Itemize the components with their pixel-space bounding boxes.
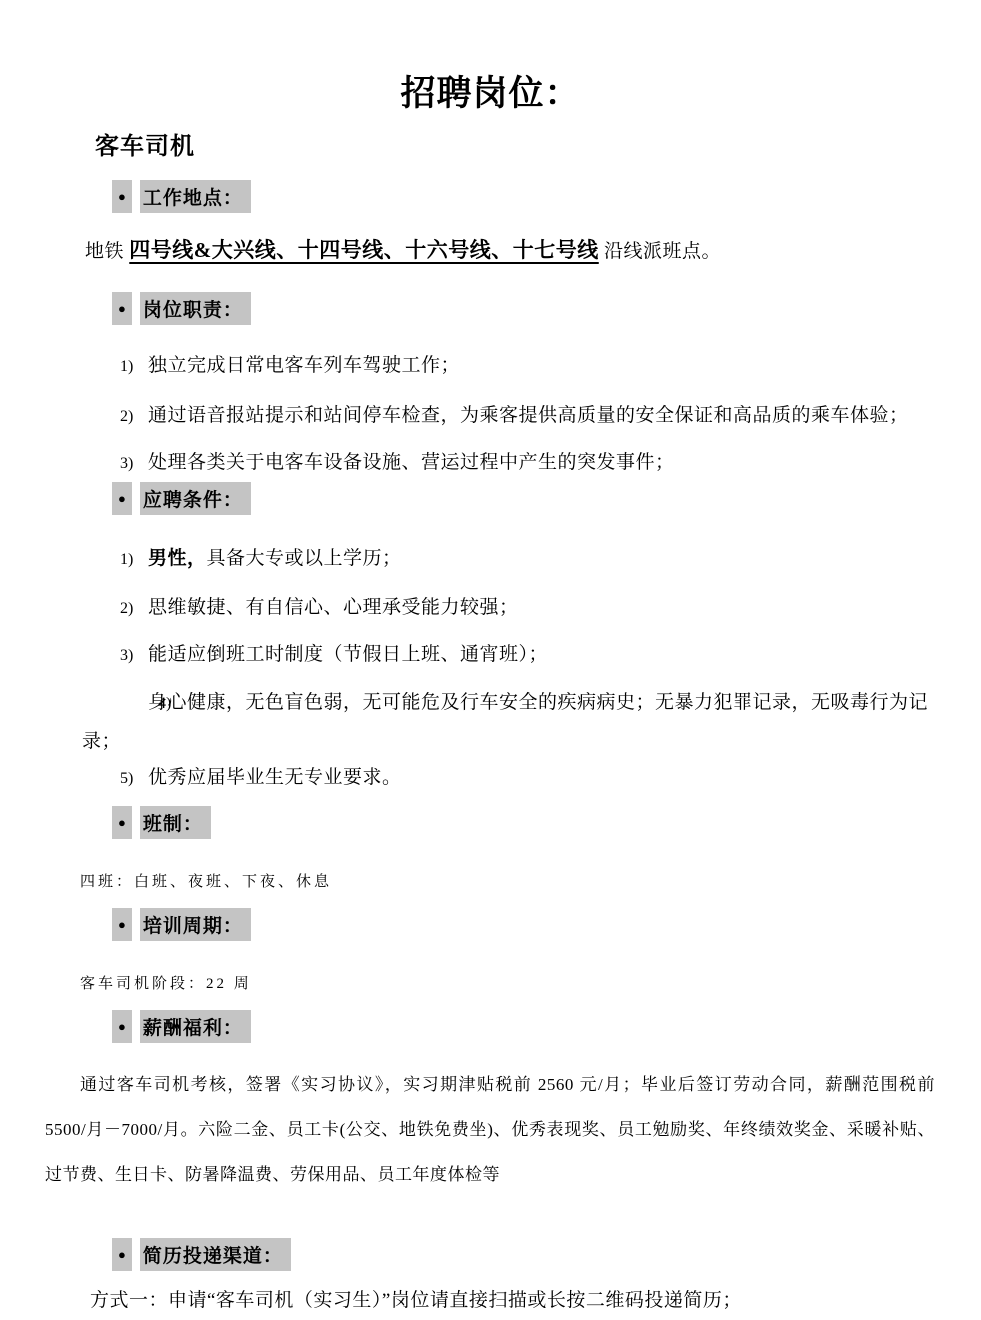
duty-item-3: 3)处理各类关于电客车设备设施、营运过程中产生的突发事件； <box>120 449 942 478</box>
work-location-line: 地铁 四号线&大兴线、十四号线、十六号线、十七号线 沿线派班点。 <box>85 234 721 264</box>
item-text: 优秀应届毕业生无专业要求。 <box>148 767 402 788</box>
item-text: 具备大专或以上学历； <box>207 548 402 569</box>
bullet-icon: ● <box>112 180 132 213</box>
section-label-apply: 简历投递渠道： <box>140 1238 291 1271</box>
document-page: 招聘岗位： 客车司机 ● 工作地点： 地铁 四号线&大兴线、十四号线、十六号线、… <box>0 0 981 1320</box>
bullet-icon: ● <box>112 482 132 515</box>
bullet-icon: ● <box>112 292 132 325</box>
section-header-requirements: ● 应聘条件： <box>112 482 251 515</box>
section-header-duties: ● 岗位职责： <box>112 292 251 325</box>
location-prefix: 地铁 <box>85 241 129 262</box>
shift-line: 四班：白班、夜班、下夜、休息 <box>80 870 332 891</box>
item-number: 4) <box>120 685 148 723</box>
location-suffix: 沿线派班点。 <box>599 241 721 262</box>
bullet-icon: ● <box>112 806 132 839</box>
item-text: 处理各类关于电客车设备设施、营运过程中产生的突发事件； <box>148 452 675 473</box>
item-text: 思维敏捷、有自信心、心理承受能力较强； <box>148 597 519 618</box>
duty-item-2: 2)通过语音报站提示和站间停车检查，为乘客提供高质量的安全保证和高品质的乘车体验… <box>120 402 942 431</box>
requirement-item-4: 4)身心健康，无色盲色弱，无可能危及行车安全的疾病病史；无暴力犯罪记录，无吸毒行… <box>82 684 937 761</box>
bullet-icon: ● <box>112 1010 132 1043</box>
requirement-item-2: 2)思维敏捷、有自信心、心理承受能力较强； <box>120 594 942 623</box>
bullet-icon: ● <box>112 1238 132 1271</box>
section-label-requirements: 应聘条件： <box>140 482 251 515</box>
apply-method-line: 方式一：申请“客车司机（实习生）”岗位请直接扫描或长按二维码投递简历； <box>90 1285 742 1312</box>
section-label-training: 培训周期： <box>140 908 251 941</box>
item-number: 1) <box>120 353 148 381</box>
section-header-salary: ● 薪酬福利： <box>112 1010 251 1043</box>
requirement-item-1: 1)男性，具备大专或以上学历； <box>120 545 942 574</box>
bullet-icon: ● <box>112 908 132 941</box>
section-header-shift: ● 班制： <box>112 806 211 839</box>
section-label-work-location: 工作地点： <box>140 180 251 213</box>
metro-lines-underline: 四号线&大兴线、十四号线、十六号线、十七号线 <box>129 238 599 262</box>
item-text: 通过语音报站提示和站间停车检查，为乘客提供高质量的安全保证和高品质的乘车体验； <box>148 405 909 426</box>
section-header-apply: ● 简历投递渠道： <box>112 1238 291 1271</box>
item-text: 独立完成日常电客车列车驾驶工作； <box>148 355 460 376</box>
item-text: 能适应倒班工时制度（节假日上班、通宵班）； <box>148 644 548 665</box>
item-number: 2) <box>120 403 148 431</box>
item-text-bold: 男性， <box>148 548 207 569</box>
item-text: 身心健康，无色盲色弱，无可能危及行车安全的疾病病史；无暴力犯罪记录，无吸毒行为记… <box>82 692 928 752</box>
salary-paragraph: 通过客车司机考核，签署《实习协议》，实习期津贴税前 2560 元/月；毕业后签订… <box>45 1062 935 1197</box>
item-number: 5) <box>120 765 148 793</box>
section-label-shift: 班制： <box>140 806 211 839</box>
job-heading: 客车司机 <box>95 126 195 161</box>
item-number: 2) <box>120 595 148 623</box>
section-header-work-location: ● 工作地点： <box>112 180 251 213</box>
duty-item-1: 1)独立完成日常电客车列车驾驶工作； <box>120 352 942 381</box>
requirement-item-5: 5)优秀应届毕业生无专业要求。 <box>120 764 942 793</box>
item-number: 3) <box>120 642 148 670</box>
section-header-training: ● 培训周期： <box>112 908 251 941</box>
requirement-item-3: 3)能适应倒班工时制度（节假日上班、通宵班）； <box>120 641 942 670</box>
item-number: 3) <box>120 450 148 478</box>
section-label-salary: 薪酬福利： <box>140 1010 251 1043</box>
training-line: 客车司机阶段：22 周 <box>80 972 252 993</box>
item-number: 1) <box>120 546 148 574</box>
page-title: 招聘岗位： <box>0 66 981 116</box>
section-label-duties: 岗位职责： <box>140 292 251 325</box>
